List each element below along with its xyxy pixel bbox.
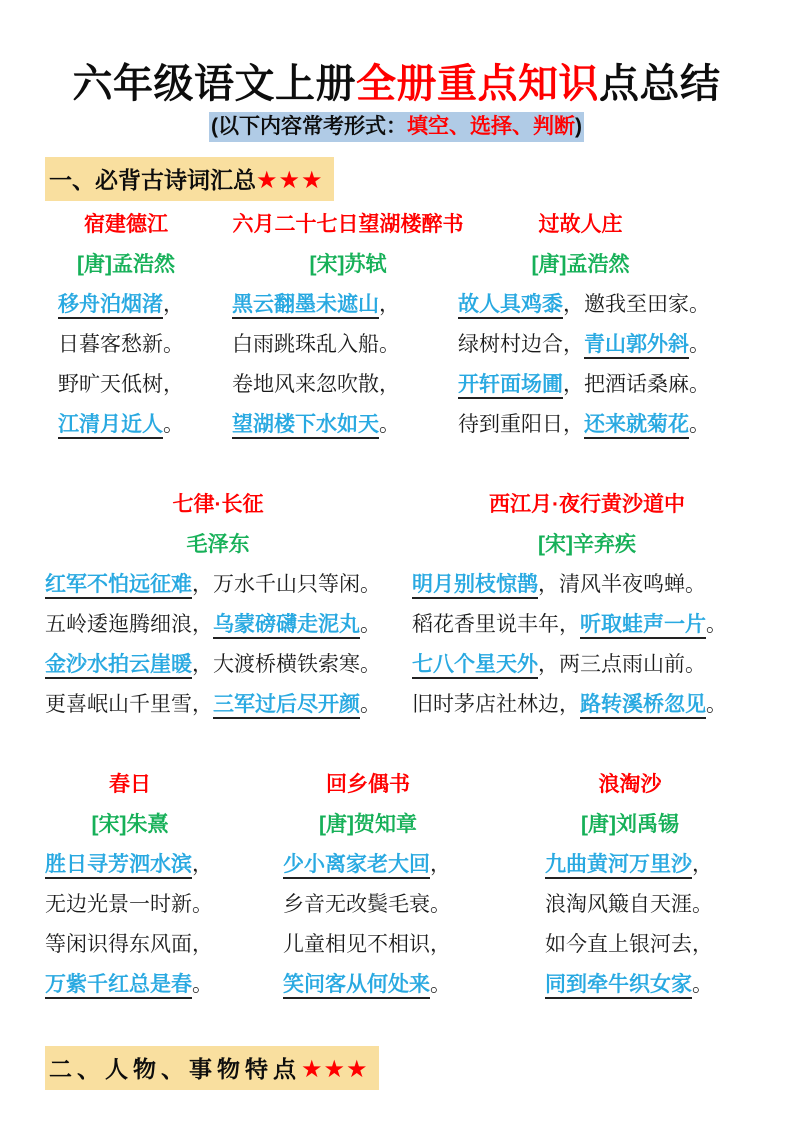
poem-text: 浪淘风簸自天涯。 <box>545 893 713 916</box>
section-1-label: 一、必背古诗词汇总 <box>49 167 256 193</box>
poem-key-phrase: 移舟泊烟渚 <box>58 293 163 319</box>
poem-line: 野旷天低树， <box>58 365 194 405</box>
poem-text: 。 <box>430 973 451 996</box>
poem-text: 。 <box>689 413 710 436</box>
poem-author: [宋]苏轼 <box>232 245 464 285</box>
poem-row-3: 春日[宋]朱熹胜日寻芳泗水滨，无边光景一时新。等闲识得东风面，万紫千红总是春。回… <box>0 765 793 1045</box>
poem-author: [唐]贺知章 <box>283 805 453 845</box>
poem-line: 稻花香里说丰年，听取蛙声一片。 <box>412 605 762 645</box>
poem-key-phrase: 望湖楼下水如天 <box>232 413 379 439</box>
poem-line: 七八个星天外，两三点雨山前。 <box>412 645 762 685</box>
poem-key-phrase: 开轩面场圃 <box>458 373 563 399</box>
subtitle-prefix: (以下内容常考形式： <box>211 115 407 138</box>
poem-title: 春日 <box>45 765 215 805</box>
poem-line: 故人具鸡黍，邀我至田家。 <box>458 285 703 325</box>
poem-key-phrase: 金沙水拍云崖暖 <box>45 653 192 679</box>
poem-line: 等闲识得东风面， <box>45 925 215 965</box>
poem-text: 待到重阳日， <box>458 413 584 436</box>
poem-text: 等闲识得东风面， <box>45 933 213 956</box>
poem-text: 绿树村边合， <box>458 333 584 356</box>
subtitle-exam-types: 填空、选择、判断 <box>407 115 575 138</box>
poem-key-phrase: 路转溪桥忽见 <box>580 693 706 719</box>
poem-text: ， <box>692 853 713 876</box>
poem-key-phrase: 乌蒙磅礴走泥丸 <box>213 613 360 639</box>
poem-key-phrase: 江清月近人 <box>58 413 163 439</box>
poem-line: 旧时茅店社林边，路转溪桥忽见。 <box>412 685 762 725</box>
poem-text: 无边光景一时新。 <box>45 893 213 916</box>
poem-line: 白雨跳珠乱入船。 <box>232 325 464 365</box>
poem-text: ， <box>192 853 213 876</box>
poem-text: ，大渡桥横铁索寒。 <box>192 653 381 676</box>
poem-title: 西江月·夜行黄沙道中 <box>412 485 762 525</box>
poem-text: ， <box>379 293 400 316</box>
poem-key-phrase: 明月别枝惊鹊 <box>412 573 538 599</box>
poem-author: [唐]刘禹锡 <box>545 805 715 845</box>
poem-line: 望湖楼下水如天。 <box>232 405 464 445</box>
poem-title: 过故人庄 <box>458 205 703 245</box>
poem-title: 七律·长征 <box>45 485 391 525</box>
poem-key-phrase: 笑问客从何处来 <box>283 973 430 999</box>
section-highlight-box: 一、必背古诗词汇总★★★ <box>45 157 334 201</box>
title-suffix: 点总结 <box>599 62 721 106</box>
poem-line: 少小离家老大回， <box>283 845 453 885</box>
poem-line: 胜日寻芳泗水滨， <box>45 845 215 885</box>
poem-line: 九曲黄河万里沙， <box>545 845 715 885</box>
poem-key-phrase: 故人具鸡黍 <box>458 293 563 319</box>
poem-key-phrase: 胜日寻芳泗水滨 <box>45 853 192 879</box>
poem-card: 浪淘沙[唐]刘禹锡九曲黄河万里沙，浪淘风簸自天涯。如今直上银河去，同到牵牛织女家… <box>545 765 715 1005</box>
subtitle-suffix: ) <box>575 115 582 138</box>
poem-title: 六月二十七日望湖楼醉书 <box>232 205 464 245</box>
poem-text: 白雨跳珠乱入船。 <box>232 333 400 356</box>
poem-text: 野旷天低树， <box>58 373 184 396</box>
poem-text: 卷地风来忽吹散， <box>232 373 400 396</box>
poem-text: 如今直上银河去， <box>545 933 713 956</box>
poem-line: 红军不怕远征难，万水千山只等闲。 <box>45 565 391 605</box>
poem-text: 。 <box>379 413 400 436</box>
title-highlight: 全册重点知识 <box>356 62 599 106</box>
poem-line: 明月别枝惊鹊，清风半夜鸣蝉。 <box>412 565 762 605</box>
poem-text: 日暮客愁新。 <box>58 333 184 356</box>
poem-row-2: 七律·长征毛泽东红军不怕远征难，万水千山只等闲。五岭逶迤腾细浪，乌蒙磅礴走泥丸。… <box>0 485 793 765</box>
poem-text: 稻花香里说丰年， <box>412 613 580 636</box>
poem-line: 笑问客从何处来。 <box>283 965 453 1005</box>
poem-text: 更喜岷山千里雪， <box>45 693 213 716</box>
poem-author: [宋]朱熹 <box>45 805 215 845</box>
poem-line: 卷地风来忽吹散， <box>232 365 464 405</box>
section-header-poems: 一、必背古诗词汇总★★★ <box>45 157 334 201</box>
poem-text: 。 <box>163 413 184 436</box>
page-title: 六年级语文上册全册重点知识点总结 <box>0 52 793 109</box>
poem-card: 回乡偶书[唐]贺知章少小离家老大回，乡音无改鬓毛衰。儿童相见不相识，笑问客从何处… <box>283 765 453 1005</box>
section-highlight-box: 二、人物、事物特点★★★ <box>45 1046 379 1090</box>
poem-text: 。 <box>689 333 710 356</box>
poem-key-phrase: 同到牵牛织女家 <box>545 973 692 999</box>
poem-text: 。 <box>360 693 381 716</box>
poem-author: [宋]辛弃疾 <box>412 525 762 565</box>
poem-card: 七律·长征毛泽东红军不怕远征难，万水千山只等闲。五岭逶迤腾细浪，乌蒙磅礴走泥丸。… <box>45 485 391 725</box>
poem-line: 五岭逶迤腾细浪，乌蒙磅礴走泥丸。 <box>45 605 391 645</box>
poem-row-1: 宿建德江[唐]孟浩然移舟泊烟渚，日暮客愁新。野旷天低树，江清月近人。六月二十七日… <box>0 205 793 485</box>
poem-author: 毛泽东 <box>45 525 391 565</box>
poem-key-phrase: 黑云翻墨未遮山 <box>232 293 379 319</box>
poem-key-phrase: 青山郭外斜 <box>584 333 689 359</box>
poem-author: [唐]孟浩然 <box>58 245 194 285</box>
poem-text: ， <box>163 293 184 316</box>
poem-line: 黑云翻墨未遮山， <box>232 285 464 325</box>
poem-author: [唐]孟浩然 <box>458 245 703 285</box>
poem-key-phrase: 九曲黄河万里沙 <box>545 853 692 879</box>
title-prefix: 六年级语文上册 <box>73 62 357 106</box>
poem-text: 。 <box>192 973 213 996</box>
poem-text: 乡音无改鬓毛衰。 <box>283 893 451 916</box>
poem-text: ，万水千山只等闲。 <box>192 573 381 596</box>
poem-line: 同到牵牛织女家。 <box>545 965 715 1005</box>
poem-card: 春日[宋]朱熹胜日寻芳泗水滨，无边光景一时新。等闲识得东风面，万紫千红总是春。 <box>45 765 215 1005</box>
poem-key-phrase: 万紫千红总是春 <box>45 973 192 999</box>
poem-line: 如今直上银河去， <box>545 925 715 965</box>
page-subtitle: (以下内容常考形式：填空、选择、判断) <box>0 110 793 140</box>
poem-text: ，邀我至田家。 <box>563 293 710 316</box>
poem-line: 待到重阳日，还来就菊花。 <box>458 405 703 445</box>
poem-key-phrase: 少小离家老大回 <box>283 853 430 879</box>
poem-card: 宿建德江[唐]孟浩然移舟泊烟渚，日暮客愁新。野旷天低树，江清月近人。 <box>58 205 194 445</box>
poem-line: 移舟泊烟渚， <box>58 285 194 325</box>
poem-line: 江清月近人。 <box>58 405 194 445</box>
poem-key-phrase: 听取蛙声一片 <box>580 613 706 639</box>
poem-line: 绿树村边合，青山郭外斜。 <box>458 325 703 365</box>
poem-key-phrase: 七八个星天外 <box>412 653 538 679</box>
poem-text: 儿童相见不相识， <box>283 933 451 956</box>
poem-card: 西江月·夜行黄沙道中[宋]辛弃疾明月别枝惊鹊，清风半夜鸣蝉。稻花香里说丰年，听取… <box>412 485 762 725</box>
section-2-label: 二、人物、事物特点 <box>49 1056 301 1082</box>
poem-line: 更喜岷山千里雪，三军过后尽开颜。 <box>45 685 391 725</box>
poem-line: 浪淘风簸自天涯。 <box>545 885 715 925</box>
document-page: 六年级语文上册全册重点知识点总结 (以下内容常考形式：填空、选择、判断) 一、必… <box>0 0 793 1122</box>
poem-text: 。 <box>360 613 381 636</box>
poem-line: 无边光景一时新。 <box>45 885 215 925</box>
poem-title: 回乡偶书 <box>283 765 453 805</box>
poem-text: ，把酒话桑麻。 <box>563 373 710 396</box>
poem-title: 宿建德江 <box>58 205 194 245</box>
poem-line: 万紫千红总是春。 <box>45 965 215 1005</box>
poem-text: 。 <box>692 973 713 996</box>
subtitle-highlight-box: (以下内容常考形式：填空、选择、判断) <box>209 112 584 142</box>
poem-line: 日暮客愁新。 <box>58 325 194 365</box>
poem-key-phrase: 红军不怕远征难 <box>45 573 192 599</box>
poem-line: 乡音无改鬓毛衰。 <box>283 885 453 925</box>
poem-key-phrase: 还来就菊花 <box>584 413 689 439</box>
poem-text: 旧时茅店社林边， <box>412 693 580 716</box>
poem-text: 。 <box>706 613 727 636</box>
poem-text: ， <box>430 853 451 876</box>
star-rating-icon: ★★★ <box>256 167 324 194</box>
poem-line: 开轩面场圃，把酒话桑麻。 <box>458 365 703 405</box>
poem-title: 浪淘沙 <box>545 765 715 805</box>
poem-text: 五岭逶迤腾细浪， <box>45 613 213 636</box>
star-rating-icon: ★★★ <box>301 1056 369 1083</box>
poem-text: 。 <box>706 693 727 716</box>
poem-key-phrase: 三军过后尽开颜 <box>213 693 360 719</box>
poem-line: 金沙水拍云崖暖，大渡桥横铁索寒。 <box>45 645 391 685</box>
section-header-characteristics: 二、人物、事物特点★★★ <box>45 1046 379 1090</box>
poem-card: 六月二十七日望湖楼醉书[宋]苏轼黑云翻墨未遮山，白雨跳珠乱入船。卷地风来忽吹散，… <box>232 205 464 445</box>
poem-text: ，清风半夜鸣蝉。 <box>538 573 706 596</box>
poem-line: 儿童相见不相识， <box>283 925 453 965</box>
poem-text: ，两三点雨山前。 <box>538 653 706 676</box>
poem-card: 过故人庄[唐]孟浩然故人具鸡黍，邀我至田家。绿树村边合，青山郭外斜。开轩面场圃，… <box>458 205 703 445</box>
